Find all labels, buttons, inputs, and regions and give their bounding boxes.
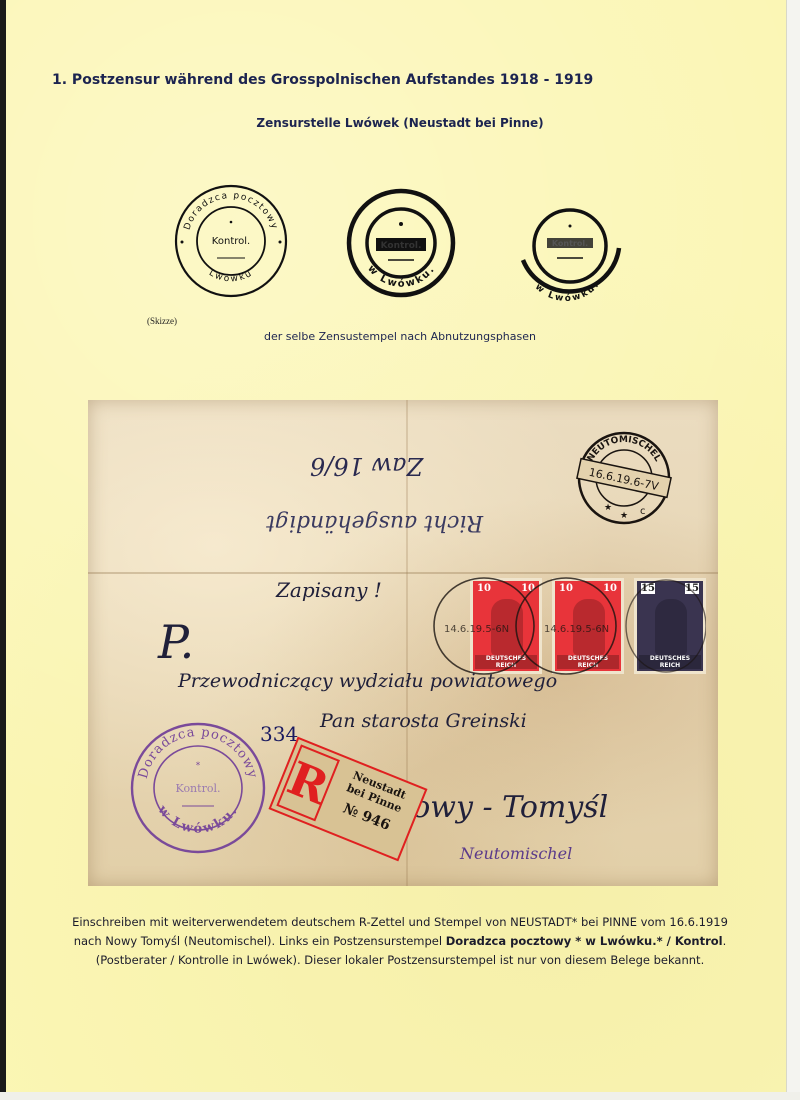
registration-label: R Neustadt bei Pinne № 946	[268, 737, 427, 862]
wear-phases-label: der selbe Zensustempel nach Abnutzungsph…	[0, 330, 800, 343]
page-edge	[786, 0, 800, 1100]
caption-line: nach Nowy Tomyśl (Neutomischel). Links e…	[40, 932, 760, 951]
svg-text:★: ★	[620, 511, 628, 521]
svg-text:★: ★	[604, 503, 612, 513]
handwriting-upside-down: Zaw 16/6	[310, 452, 423, 480]
handwriting-upside-down: Richt ausgehändigt	[266, 510, 483, 535]
stamp-inscription: Doradzca pocztowy * w Lwówku.* / Kontrol	[446, 934, 723, 948]
page-heading: 1. Postzensur während des Grosspolnische…	[52, 72, 593, 88]
fold-line	[88, 572, 718, 574]
sketch-label: (Skizze)	[147, 316, 177, 326]
handwriting-line: Pan starosta Greinski	[320, 710, 527, 732]
handwriting-p: P.	[158, 615, 194, 669]
svg-text:Kontrol.: Kontrol.	[212, 236, 250, 247]
svg-text:Kontrol.: Kontrol.	[552, 239, 588, 248]
censor-stamp-purple: Doradzca pocztowy w Lwówku. * Kontrol.	[128, 718, 268, 858]
section-subheading: Zensurstelle Lwówek (Neustadt bei Pinne)	[0, 116, 800, 130]
svg-text:Doradzca pocztowy: Doradzca pocztowy	[136, 725, 260, 780]
svg-text:Lwówku: Lwówku	[207, 268, 255, 284]
handwriting-line: Przewodniczący wydziału powiatowego	[178, 670, 557, 692]
svg-text:w Lwówku.: w Lwówku.	[154, 802, 242, 837]
registered-cover: 16.6.19.6-7V NEUTOMISCHEL ★ ★ c Zaw 16/6…	[88, 400, 718, 886]
svg-text:Kontrol.: Kontrol.	[176, 782, 221, 795]
caption-line: (Postberater / Kontrolle in Lwówek). Die…	[40, 951, 760, 970]
page-edge-bottom	[0, 1092, 800, 1100]
handwriting-zapisany: Zapisany !	[276, 578, 382, 602]
svg-text:*: *	[196, 761, 201, 771]
caption-line: Einschreiben mit weiterverwendetem deuts…	[40, 913, 760, 932]
svg-text:Kontrol.: Kontrol.	[381, 241, 422, 251]
postage-stamp: 1010DEUTSCHES REICH	[552, 578, 624, 674]
worn-censor-stamp-1: Kontrol. w Lwówku.	[344, 187, 459, 299]
worn-censor-stamp-2: Kontrol. w Lwówku.	[515, 208, 633, 304]
sketch-censor-stamp: Doradzca pocztowy Lwówku Kontrol.	[172, 182, 290, 300]
neutomischel-postmark: 16.6.19.6-7V NEUTOMISCHEL ★ ★ c	[574, 428, 674, 528]
postage-stamp: 1010DEUTSCHES REICH	[470, 578, 542, 674]
description-caption: Einschreiben mit weiterverwendetem deuts…	[40, 913, 760, 970]
handwriting-neutomischel: Neutomischel	[460, 844, 572, 863]
svg-text:c: c	[640, 506, 646, 517]
postage-stamps: 1010DEUTSCHES REICH1010DEUTSCHES REICH15…	[470, 578, 706, 674]
postage-stamp: 1515DEUTSCHES REICH	[634, 578, 706, 674]
